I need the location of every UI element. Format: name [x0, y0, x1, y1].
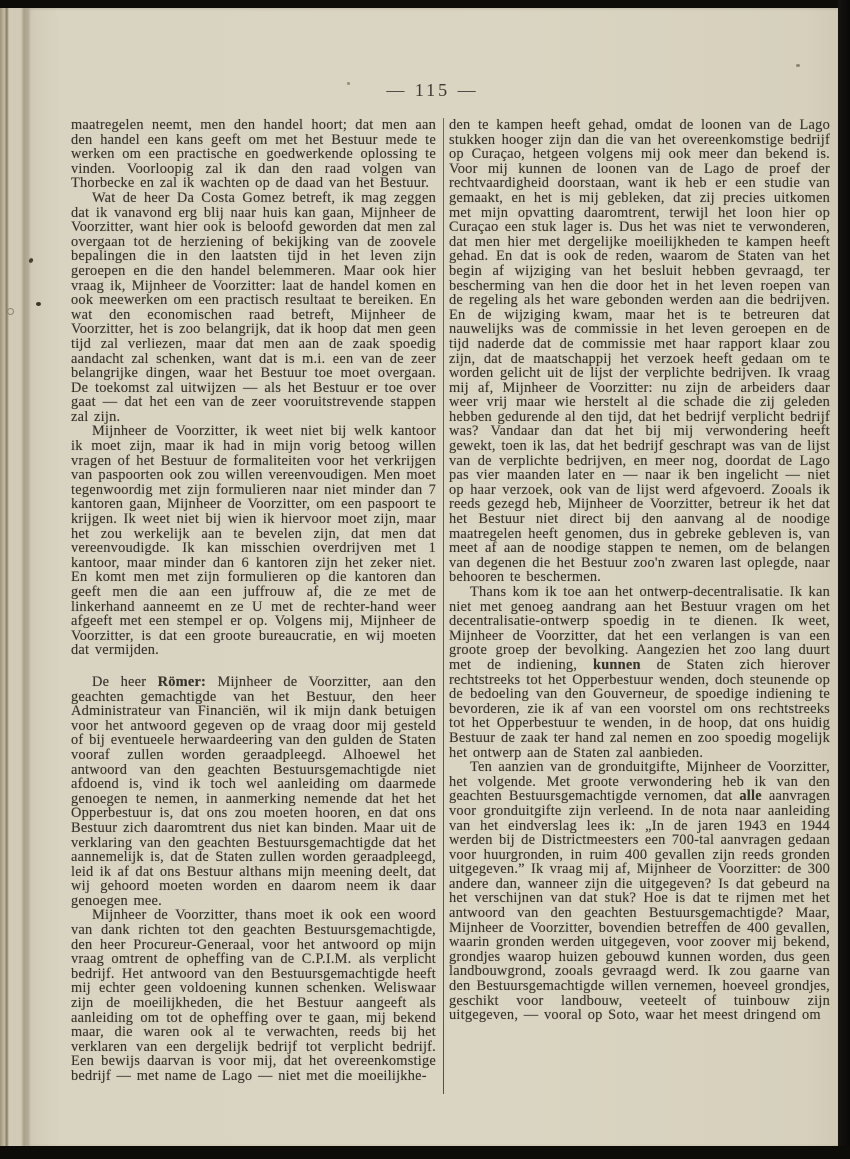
scanned-page: — 115 — maatregelen neemt, men den hande… — [27, 8, 838, 1147]
paragraph: den te kampen heeft gehad, omdat de loon… — [449, 118, 830, 585]
paragraph: De heer Römer: Mijnheer de Voorzitter, a… — [71, 675, 436, 909]
paragraph: Mijnheer de Voorzitter, ik weet niet bij… — [71, 424, 436, 658]
body-text: aanvragen voor gronduitgifte zijn verlee… — [449, 788, 830, 1023]
paragraph: Thans kom ik toe aan het ontwerp-decentr… — [449, 585, 830, 760]
body-text: Mijnheer de Voorzitter, ik weet niet bij… — [71, 423, 436, 658]
body-text: den te kampen heeft gehad, omdat de loon… — [449, 118, 830, 585]
text-columns: maatregelen neemt, men den handel hoort;… — [71, 118, 830, 1104]
ink-speck — [796, 64, 800, 67]
bold-text: alle — [739, 788, 761, 804]
body-text: maatregelen neemt, men den handel hoort;… — [71, 118, 436, 191]
ink-speck — [347, 82, 350, 85]
column-right: den te kampen heeft gehad, omdat de loon… — [449, 118, 830, 1104]
body-text: de Staten zich hierover rechtstreeks tot… — [449, 657, 830, 761]
paragraph: Wat de heer Da Costa Gomez betreft, ik m… — [71, 191, 436, 425]
ink-speck — [36, 302, 41, 306]
paragraph: Ten aanzien van de gronduitgifte, Mijnhe… — [449, 760, 830, 1023]
scanner-border-top — [0, 0, 850, 8]
bold-text: Römer: — [158, 674, 206, 690]
scanner-border-right — [838, 0, 850, 1159]
scanner-border-bottom — [0, 1146, 850, 1159]
body-text: Mijnheer de Voorzitter, thans moet ik oo… — [71, 907, 436, 1084]
column-left: maatregelen neemt, men den handel hoort;… — [71, 118, 436, 1084]
paragraph: Mijnheer de Voorzitter, thans moet ik oo… — [71, 908, 436, 1083]
body-text: Mijnheer de Voorzitter, aan den geachten… — [71, 674, 436, 909]
body-text: Wat de heer Da Costa Gomez betreft, ik m… — [71, 190, 436, 425]
page-number: — 115 — — [27, 80, 838, 101]
paragraph: maatregelen neemt, men den handel hoort;… — [71, 118, 436, 191]
column-divider-rule — [443, 118, 444, 1094]
body-text: De heer — [92, 674, 158, 690]
book-page-stack-edge — [0, 6, 27, 1151]
ink-speck — [7, 308, 14, 315]
bold-text: kunnen — [593, 657, 641, 673]
